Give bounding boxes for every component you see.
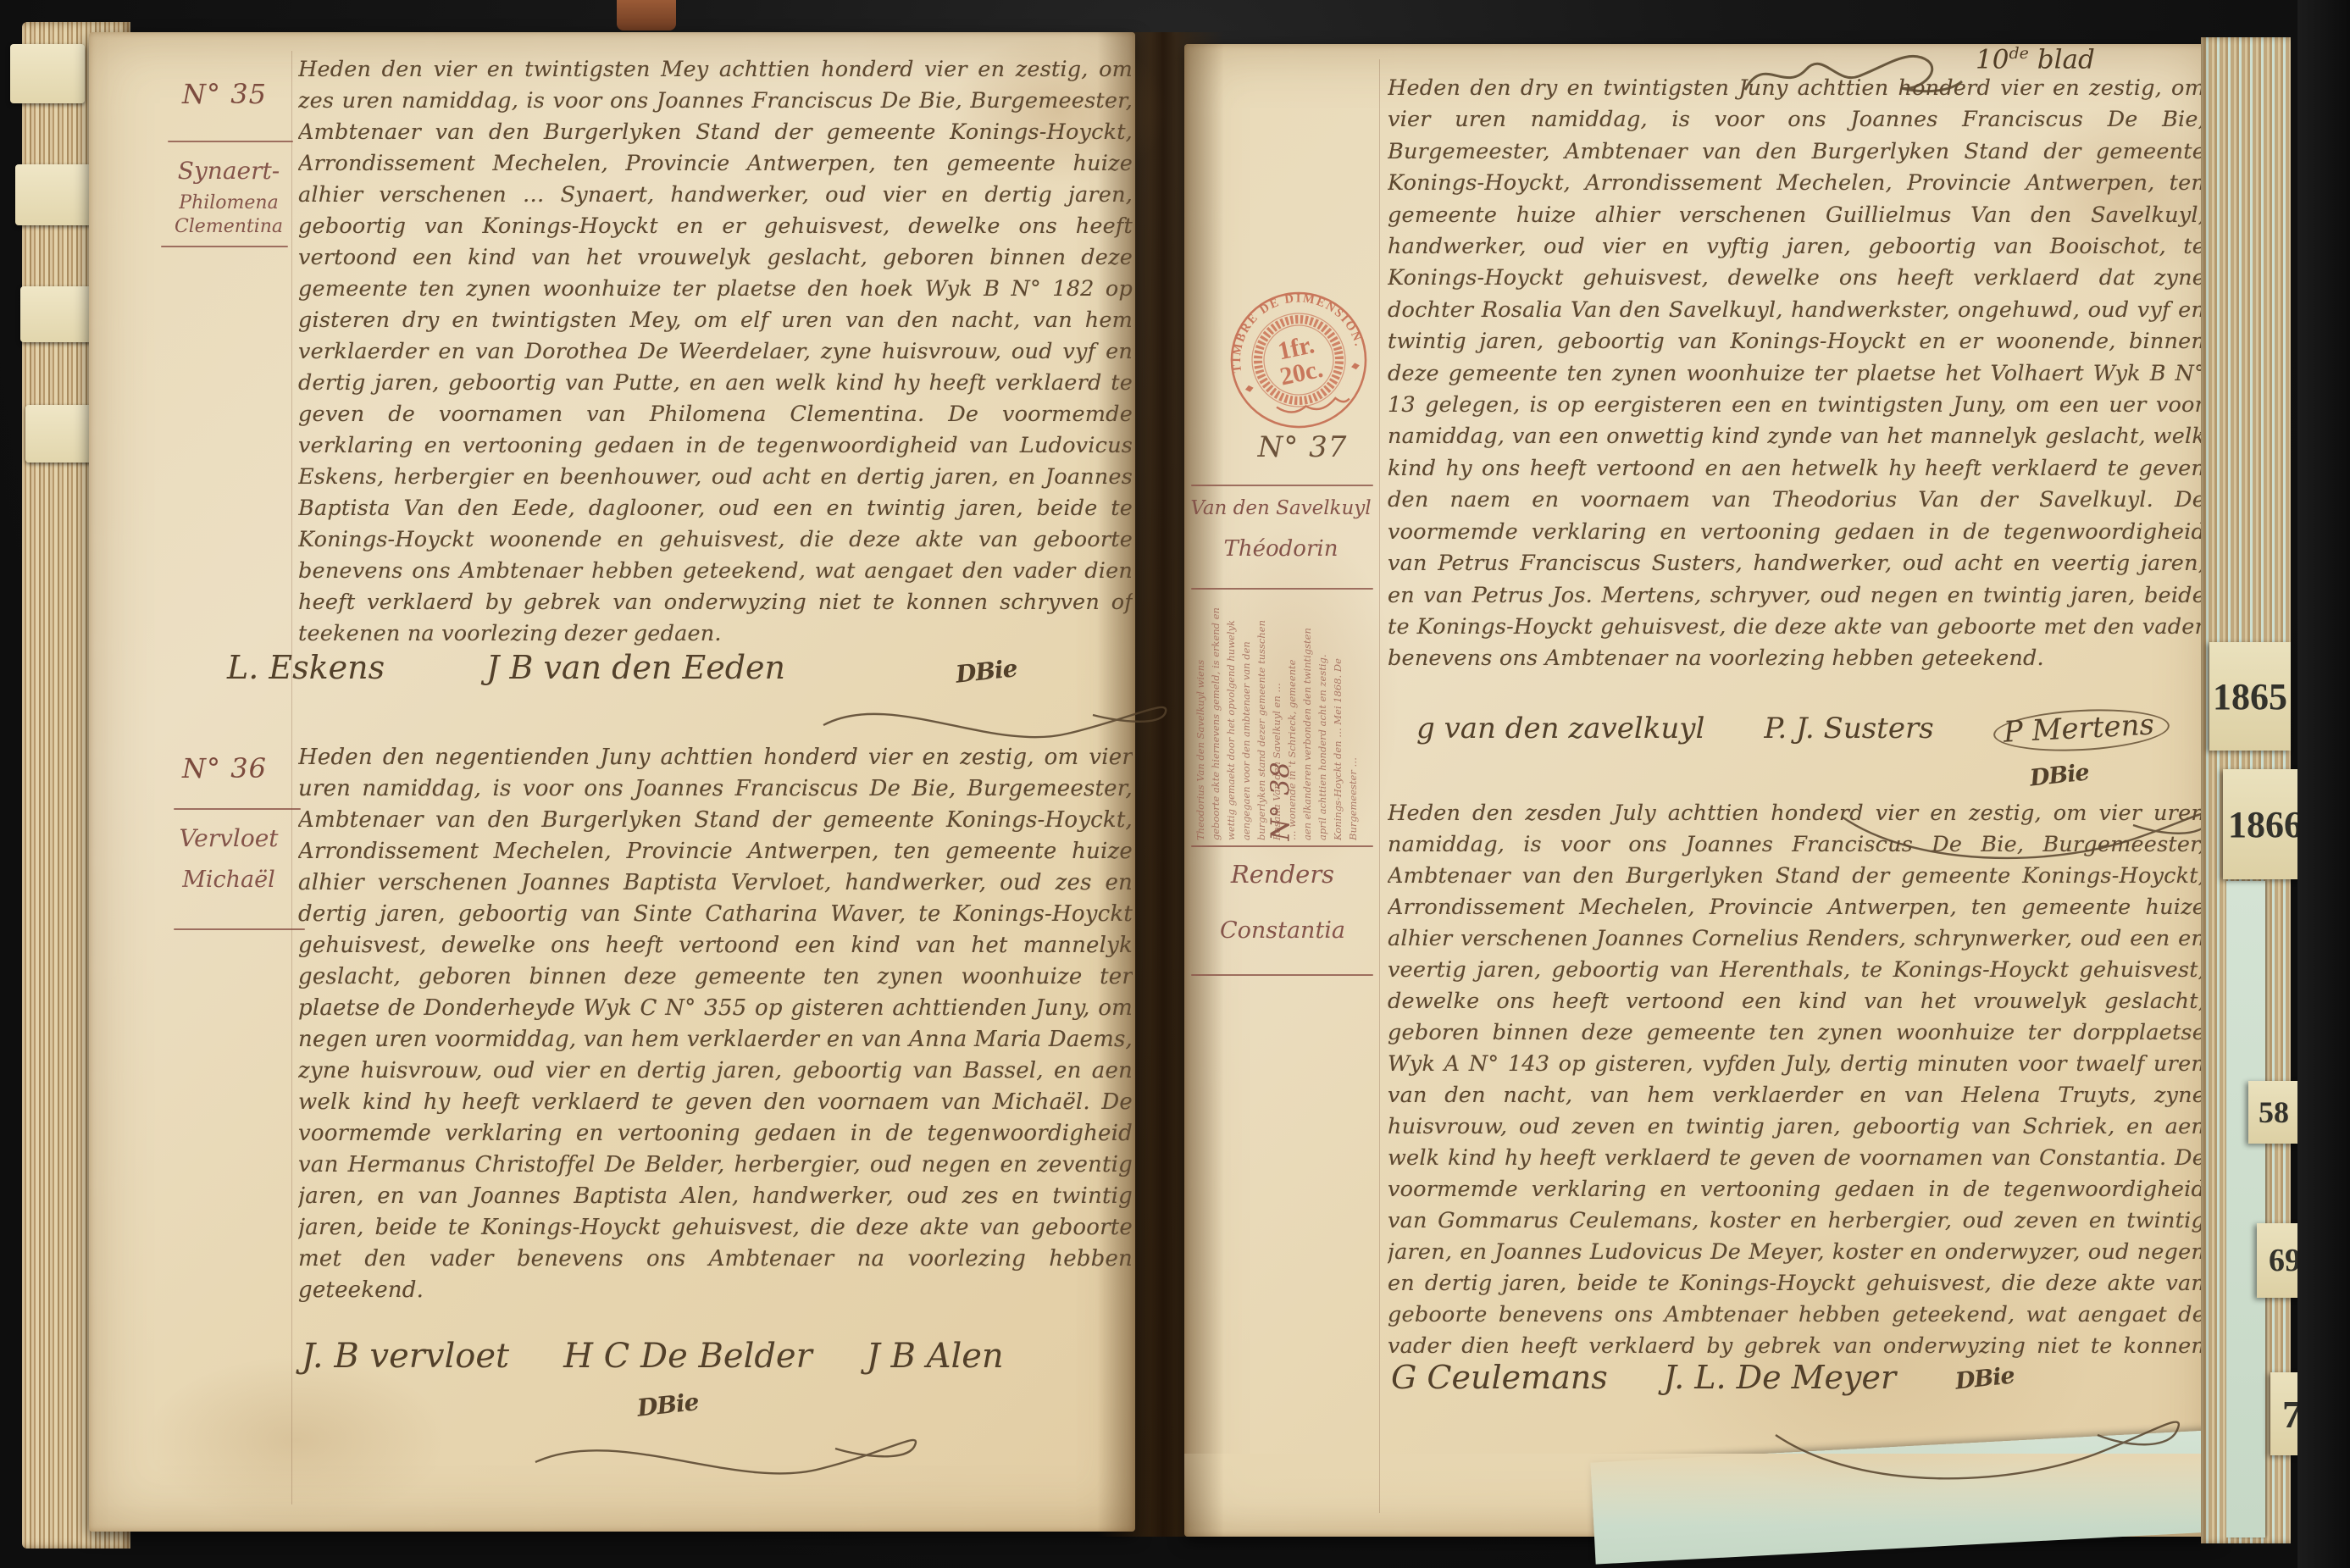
margin-given-theodorin: Théodorin — [1183, 535, 1379, 563]
record-number-38-rotated: N° 38 — [1241, 751, 1322, 852]
signature-ceulemans: G Ceulemans — [1391, 1359, 1608, 1396]
signature-van-den-eeden: J B van den Eeden — [486, 649, 785, 686]
margin-divider — [161, 246, 288, 247]
margin-name-renders: Renders — [1193, 859, 1372, 889]
folio-sup: de — [2009, 44, 2028, 63]
record-number-35: N° 35 — [152, 78, 297, 110]
registry-book-scan: N° 35 Synaert- Philomena Clementina Hede… — [0, 0, 2350, 1568]
record-35-signatures: L. Eskens J B van den Eeden — [227, 649, 785, 686]
record-36-signatures: J. B vervloet H C De Belder J B Alen — [302, 1337, 1004, 1376]
tab-1865: 1865 — [2209, 642, 2291, 751]
folio-number: 10 — [1976, 44, 2009, 75]
interleaf-sheet-right — [2226, 881, 2265, 1538]
signature-mertens: P Mertens — [1993, 706, 2170, 756]
record-38-signatures: G Ceulemans J. L. De Meyer — [1391, 1359, 1896, 1396]
margin-divider — [174, 928, 305, 930]
bookmark-tab — [20, 286, 98, 342]
tab-58-label: 58 — [2259, 1094, 2289, 1130]
right-margin-rule — [1379, 59, 1380, 1513]
tab-1865-label: 1865 — [2213, 675, 2287, 718]
signature-eskens: L. Eskens — [227, 649, 385, 686]
margin-divider — [1191, 974, 1373, 976]
record-37-signatures: g van den zavelkuyl P. J. Susters P Mert… — [1416, 710, 2170, 751]
tab-69-label: 69 — [2269, 1242, 2301, 1279]
margin-divider — [1191, 845, 1373, 847]
record-number-38-label: N° 38 — [1266, 762, 1296, 841]
margin-name-vervloet: Vervloet — [144, 823, 313, 853]
tab-1866-label: 1866 — [2228, 803, 2303, 846]
folio-word: blad — [2037, 44, 2095, 75]
margin-name-synaert: Synaert- — [134, 156, 324, 186]
timbre-de-dimension-stamp: TIMBRE DE DIMENSION. 1fr. 20c. — [1216, 277, 1383, 444]
back-cover-edge — [2297, 0, 2350, 1568]
margin-divider — [168, 141, 293, 142]
tab-1866: 1866 — [2223, 769, 2308, 879]
tab-58: 58 — [2248, 1081, 2299, 1144]
margin-divider — [1191, 588, 1373, 590]
folio-label: 10de blad — [1976, 44, 2095, 75]
paraph-flourish — [1762, 1393, 2186, 1511]
margin-name-van-den-savelkuyl: Van den Savelkuyl — [1183, 496, 1379, 521]
record-number-36: N° 36 — [152, 752, 297, 784]
signature-de-meyer: J. L. De Meyer — [1664, 1359, 1896, 1396]
signature-de-belder: H C De Belder — [563, 1337, 812, 1376]
margin-given-constantia: Constantia — [1193, 917, 1372, 945]
record-37-body: Heden den dry en twintigsten Juny achtti… — [1388, 73, 2205, 706]
bookmark-tab — [15, 164, 91, 225]
signature-vervloet: J. B vervloet — [302, 1337, 509, 1376]
spine-headband — [617, 0, 676, 30]
stamp-ornament — [1244, 385, 1254, 393]
bookmark-tab — [10, 44, 85, 103]
paraph-flourish — [524, 1413, 930, 1498]
stamp-ornament — [1350, 362, 1360, 370]
record-38-body: Heden den zesden July achttien honderd v… — [1388, 798, 2205, 1362]
margin-divider — [1191, 485, 1373, 486]
record-35-body: Heden den vier en twintigsten Mey achtti… — [298, 54, 1133, 647]
margin-divider — [174, 808, 301, 810]
signature-van-den-zavelkuyl: g van den zavelkuyl — [1416, 712, 1704, 745]
record-36-body: Heden den negentienden Juny achttien hon… — [298, 742, 1133, 1337]
signature-alen: J B Alen — [867, 1337, 1004, 1376]
signature-susters: P. J. Susters — [1764, 712, 1933, 745]
record-number-37: N° 37 — [1228, 430, 1377, 464]
margin-given-michael: Michaël — [144, 866, 313, 895]
